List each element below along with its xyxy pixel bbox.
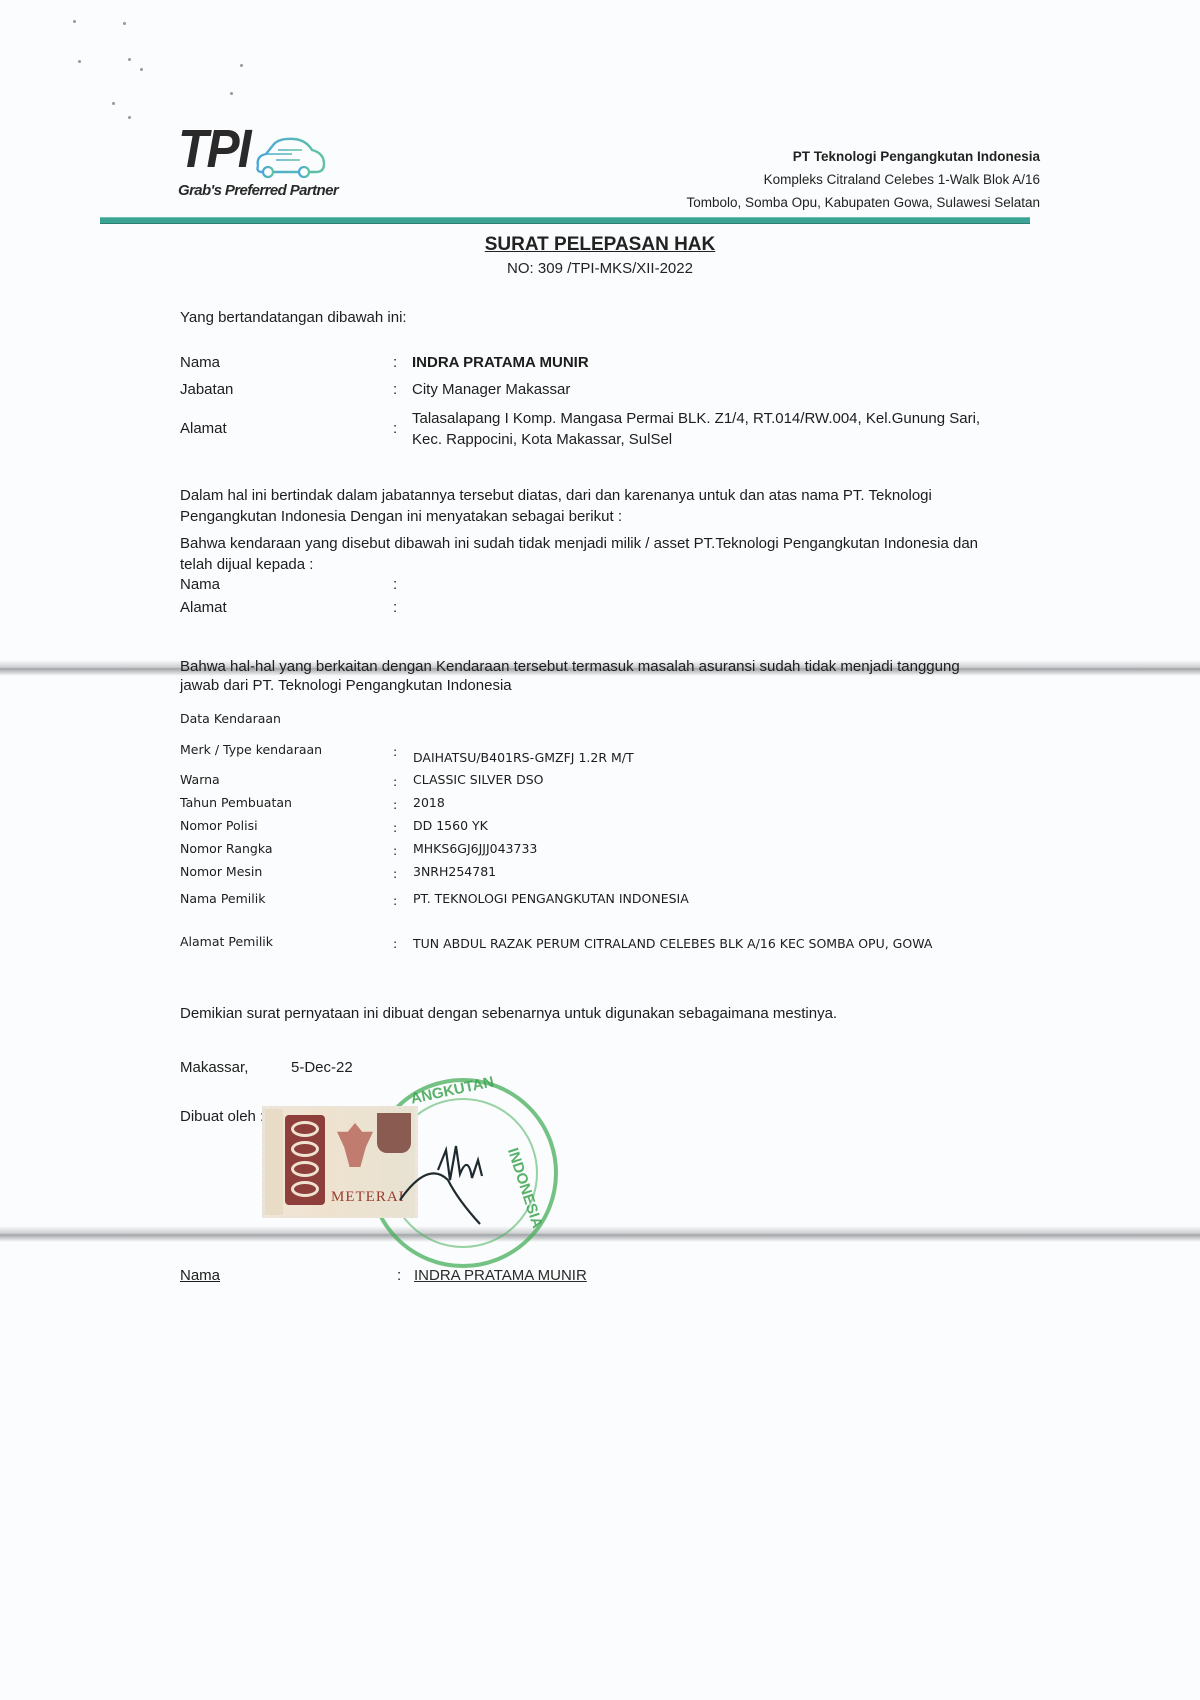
statement-2-line1: Bahwa kendaraan yang disebut dibawah ini… bbox=[180, 534, 978, 554]
place-label: Makassar, bbox=[180, 1058, 248, 1078]
scan-speck bbox=[140, 68, 143, 71]
colon: : bbox=[393, 893, 397, 908]
document-title: SURAT PELEPASAN HAK bbox=[0, 234, 1200, 256]
company-logo-text: TPI bbox=[178, 122, 250, 176]
vehicle-plate-value: DD 1560 YK bbox=[413, 818, 488, 833]
colon: : bbox=[393, 774, 397, 789]
vehicle-color-value: CLASSIC SILVER DSO bbox=[413, 772, 544, 787]
statement-3-line2: jawab dari PT. Teknologi Pengangkutan In… bbox=[180, 676, 512, 696]
statement-1-line2: Pengangkutan Indonesia Dengan ini menyat… bbox=[180, 507, 622, 527]
closing-statement: Demikian surat pernyataan ini dibuat den… bbox=[180, 1004, 837, 1024]
meterai-side-bar bbox=[265, 1109, 283, 1215]
signer-address-line1: Talasalapang I Komp. Mangasa Permai BLK.… bbox=[412, 409, 980, 429]
vehicle-brand-value: DAIHATSU/B401RS-GMZFJ 1.2R M/T bbox=[413, 750, 634, 765]
vehicle-chassis-label: Nomor Rangka bbox=[180, 841, 273, 856]
date-value: 5-Dec-22 bbox=[291, 1058, 353, 1078]
meterai-label: METERAI bbox=[331, 1189, 405, 1206]
scan-speck bbox=[123, 22, 126, 25]
vehicle-owner-label: Nama Pemilik bbox=[180, 891, 265, 906]
signer-name: INDRA PRATAMA MUNIR bbox=[414, 1266, 587, 1286]
scan-speck bbox=[240, 64, 243, 67]
colon: : bbox=[393, 936, 397, 951]
revenue-stamp-meterai: METERAI bbox=[262, 1106, 418, 1218]
statement-3-line1: Bahwa hal-hal yang berkaitan dengan Kend… bbox=[180, 657, 960, 677]
garuda-emblem-icon bbox=[337, 1123, 373, 1167]
signer-name-value: INDRA PRATAMA MUNIR bbox=[412, 353, 589, 373]
vehicle-owner-value: PT. TEKNOLOGI PENGANGKUTAN INDONESIA bbox=[413, 891, 689, 906]
colon: : bbox=[393, 866, 397, 881]
vehicle-brand-label: Merk / Type kendaraan bbox=[180, 742, 322, 757]
vehicle-engine-label: Nomor Mesin bbox=[180, 864, 262, 879]
company-address-line2: Tombolo, Somba Opu, Kabupaten Gowa, Sula… bbox=[687, 191, 1040, 214]
scan-speck bbox=[230, 92, 233, 95]
colon: : bbox=[393, 744, 397, 759]
company-name: PT Teknologi Pengangkutan Indonesia bbox=[687, 145, 1040, 168]
scan-speck bbox=[128, 58, 131, 61]
colon: : bbox=[393, 419, 397, 439]
scan-speck bbox=[73, 20, 76, 23]
car-logo-icon bbox=[252, 136, 328, 180]
signer-position-value: City Manager Makassar bbox=[412, 380, 570, 400]
made-by-label: Dibuat oleh : bbox=[180, 1107, 264, 1127]
statement-1-line1: Dalam hal ini bertindak dalam jabatannya… bbox=[180, 486, 932, 506]
statement-2-line2: telah dijual kepada : bbox=[180, 555, 313, 575]
vehicle-engine-value: 3NRH254781 bbox=[413, 864, 496, 879]
header-divider bbox=[100, 217, 1030, 224]
vehicle-year-label: Tahun Pembuatan bbox=[180, 795, 292, 810]
colon: : bbox=[393, 380, 397, 400]
colon: : bbox=[393, 797, 397, 812]
buyer-name-label: Nama bbox=[180, 575, 220, 595]
document-number: NO: 309 /TPI-MKS/XII-2022 bbox=[0, 260, 1200, 277]
signer-address-label: Alamat bbox=[180, 419, 227, 439]
signer-label: Nama bbox=[180, 1266, 220, 1286]
vehicle-plate-label: Nomor Polisi bbox=[180, 818, 258, 833]
signer-name-label: Nama bbox=[180, 353, 220, 373]
vehicle-chassis-value: MHKS6GJ6JJJ043733 bbox=[413, 841, 537, 856]
vehicle-owner-address-value: TUN ABDUL RAZAK PERUM CITRALAND CELEBES … bbox=[413, 936, 932, 951]
signer-address-line2: Kec. Rappocini, Kota Makassar, SulSel bbox=[412, 430, 672, 450]
vehicle-year-value: 2018 bbox=[413, 795, 445, 810]
signature-scribble bbox=[398, 1140, 508, 1230]
colon: : bbox=[393, 575, 397, 595]
vehicle-owner-address-label: Alamat Pemilik bbox=[180, 934, 273, 949]
colon: : bbox=[393, 820, 397, 835]
company-address-line1: Kompleks Citraland Celebes 1-Walk Blok A… bbox=[687, 168, 1040, 191]
colon: : bbox=[397, 1266, 401, 1286]
meterai-denomination bbox=[285, 1115, 325, 1205]
scan-speck bbox=[112, 102, 115, 105]
colon: : bbox=[393, 843, 397, 858]
vehicle-color-label: Warna bbox=[180, 772, 220, 787]
scan-speck bbox=[78, 60, 81, 63]
intro-text: Yang bertandatangan dibawah ini: bbox=[180, 308, 407, 328]
company-tagline: Grab's Preferred Partner bbox=[178, 182, 338, 199]
company-info: PT Teknologi Pengangkutan Indonesia Komp… bbox=[687, 145, 1040, 214]
vehicle-data-heading: Data Kendaraan bbox=[180, 711, 281, 726]
signer-position-label: Jabatan bbox=[180, 380, 233, 400]
scan-speck bbox=[128, 116, 131, 119]
paper-fold-shadow bbox=[0, 1226, 1200, 1242]
document-page: TPI Grab's Preferred Partner PT Teknolog… bbox=[0, 0, 1200, 1700]
buyer-address-label: Alamat bbox=[180, 598, 227, 618]
colon: : bbox=[393, 598, 397, 618]
colon: : bbox=[393, 353, 397, 373]
